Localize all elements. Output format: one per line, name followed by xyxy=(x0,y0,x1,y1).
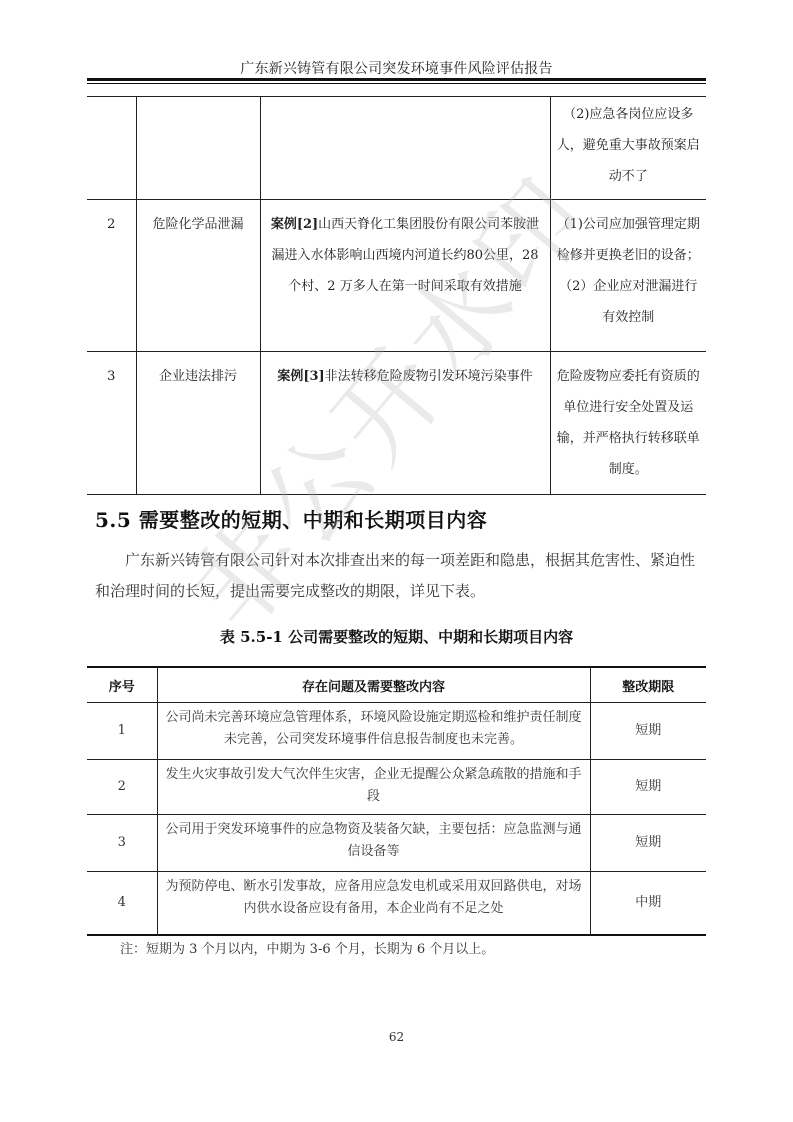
table-row: 3 企业违法排污 案例[3]非法转移危险废物引发环境污染事件 危险废物应委托有资… xyxy=(87,352,706,495)
cell-no: 2 xyxy=(87,760,157,815)
table-row: 2 发生火灾事故引发大气次伴生灾害，企业无提醒公众紧急疏散的措施和手段 短期 xyxy=(87,760,706,815)
header-rule-thick xyxy=(87,78,706,81)
cell-content: 公司尚未完善环境应急管理体系，环境风险设施定期巡检和维护责任制度未完善，公司突发… xyxy=(157,703,590,760)
cell-case: 案例[3]非法转移危险废物引发环境污染事件 xyxy=(260,352,550,495)
cell-no: 2 xyxy=(87,200,136,352)
cell-no: 1 xyxy=(87,703,157,760)
cell-period: 中期 xyxy=(590,872,706,936)
section-heading: 5.5 需要整改的短期、中期和长期项目内容 xyxy=(95,504,487,533)
case-text: 非法转移危险废物引发环境污染事件 xyxy=(325,369,533,384)
cell-measure: 危险废物应委托有资质的单位进行安全处置及运输，并严格执行转移联单制度。 xyxy=(550,352,706,495)
cell-type xyxy=(136,97,260,200)
table-row: （2)应急各岗位应设多人，避免重大事故预案启动不了 xyxy=(87,97,706,200)
cell-type: 危险化学品泄漏 xyxy=(136,200,260,352)
table-row: 1 公司尚未完善环境应急管理体系，环境风险设施定期巡检和维护责任制度未完善，公司… xyxy=(87,703,706,760)
rectification-table: 序号 存在问题及需要整改内容 整改期限 1 公司尚未完善环境应急管理体系，环境风… xyxy=(87,666,706,936)
table-row: 2 危险化学品泄漏 案例[2]山西天脊化工集团股份有限公司苯胺泄漏进入水体影响山… xyxy=(87,200,706,352)
table-row: 3 公司用于突发环境事件的应急物资及装备欠缺，主要包括：应急监测与通信设备等 短… xyxy=(87,815,706,872)
table-note: 注：短期为 3 个月以内，中期为 3-6 个月，长期为 6 个月以上。 xyxy=(120,938,494,957)
case-label: 案例[2] xyxy=(271,217,318,232)
header-period: 整改期限 xyxy=(590,667,706,703)
cell-content: 为预防停电、断水引发事故，应备用应急发电机或采用双回路供电，对场内供水设备应设有… xyxy=(157,872,590,936)
cell-no: 4 xyxy=(87,872,157,936)
cell-content: 公司用于突发环境事件的应急物资及装备欠缺，主要包括：应急监测与通信设备等 xyxy=(157,815,590,872)
table-row: 4 为预防停电、断水引发事故，应备用应急发电机或采用双回路供电，对场内供水设备应… xyxy=(87,872,706,936)
page-number: 62 xyxy=(0,1030,793,1044)
cell-no xyxy=(87,97,136,200)
cell-content: 发生火灾事故引发大气次伴生灾害，企业无提醒公众紧急疏散的措施和手段 xyxy=(157,760,590,815)
cell-period: 短期 xyxy=(590,815,706,872)
cell-case xyxy=(260,97,550,200)
risk-cases-table: （2)应急各岗位应设多人，避免重大事故预案启动不了 2 危险化学品泄漏 案例[2… xyxy=(87,96,706,495)
cell-no: 3 xyxy=(87,815,157,872)
header-content: 存在问题及需要整改内容 xyxy=(157,667,590,703)
body-paragraph: 广东新兴铸管有限公司针对本次排查出来的每一项差距和隐患，根据其危害性、紧迫性和治… xyxy=(95,545,703,607)
cell-period: 短期 xyxy=(590,760,706,815)
cell-measure: （1)公司应加强管理定期检修并更换老旧的设备；（2）企业应对泄漏进行有效控制 xyxy=(550,200,706,352)
case-label: 案例[3] xyxy=(277,369,324,384)
table-header-row: 序号 存在问题及需要整改内容 整改期限 xyxy=(87,667,706,703)
cell-case: 案例[2]山西天脊化工集团股份有限公司苯胺泄漏进入水体影响山西境内河道长约80公… xyxy=(260,200,550,352)
header-rule-thin xyxy=(87,83,706,84)
table-caption: 表 5.5-1 公司需要整改的短期、中期和长期项目内容 xyxy=(87,626,706,647)
header-no: 序号 xyxy=(87,667,157,703)
cell-type: 企业违法排污 xyxy=(136,352,260,495)
cell-measure: （2)应急各岗位应设多人，避免重大事故预案启动不了 xyxy=(550,97,706,200)
cell-no: 3 xyxy=(87,352,136,495)
running-header: 广东新兴铸管有限公司突发环境事件风险评估报告 xyxy=(87,58,706,78)
cell-period: 短期 xyxy=(590,703,706,760)
